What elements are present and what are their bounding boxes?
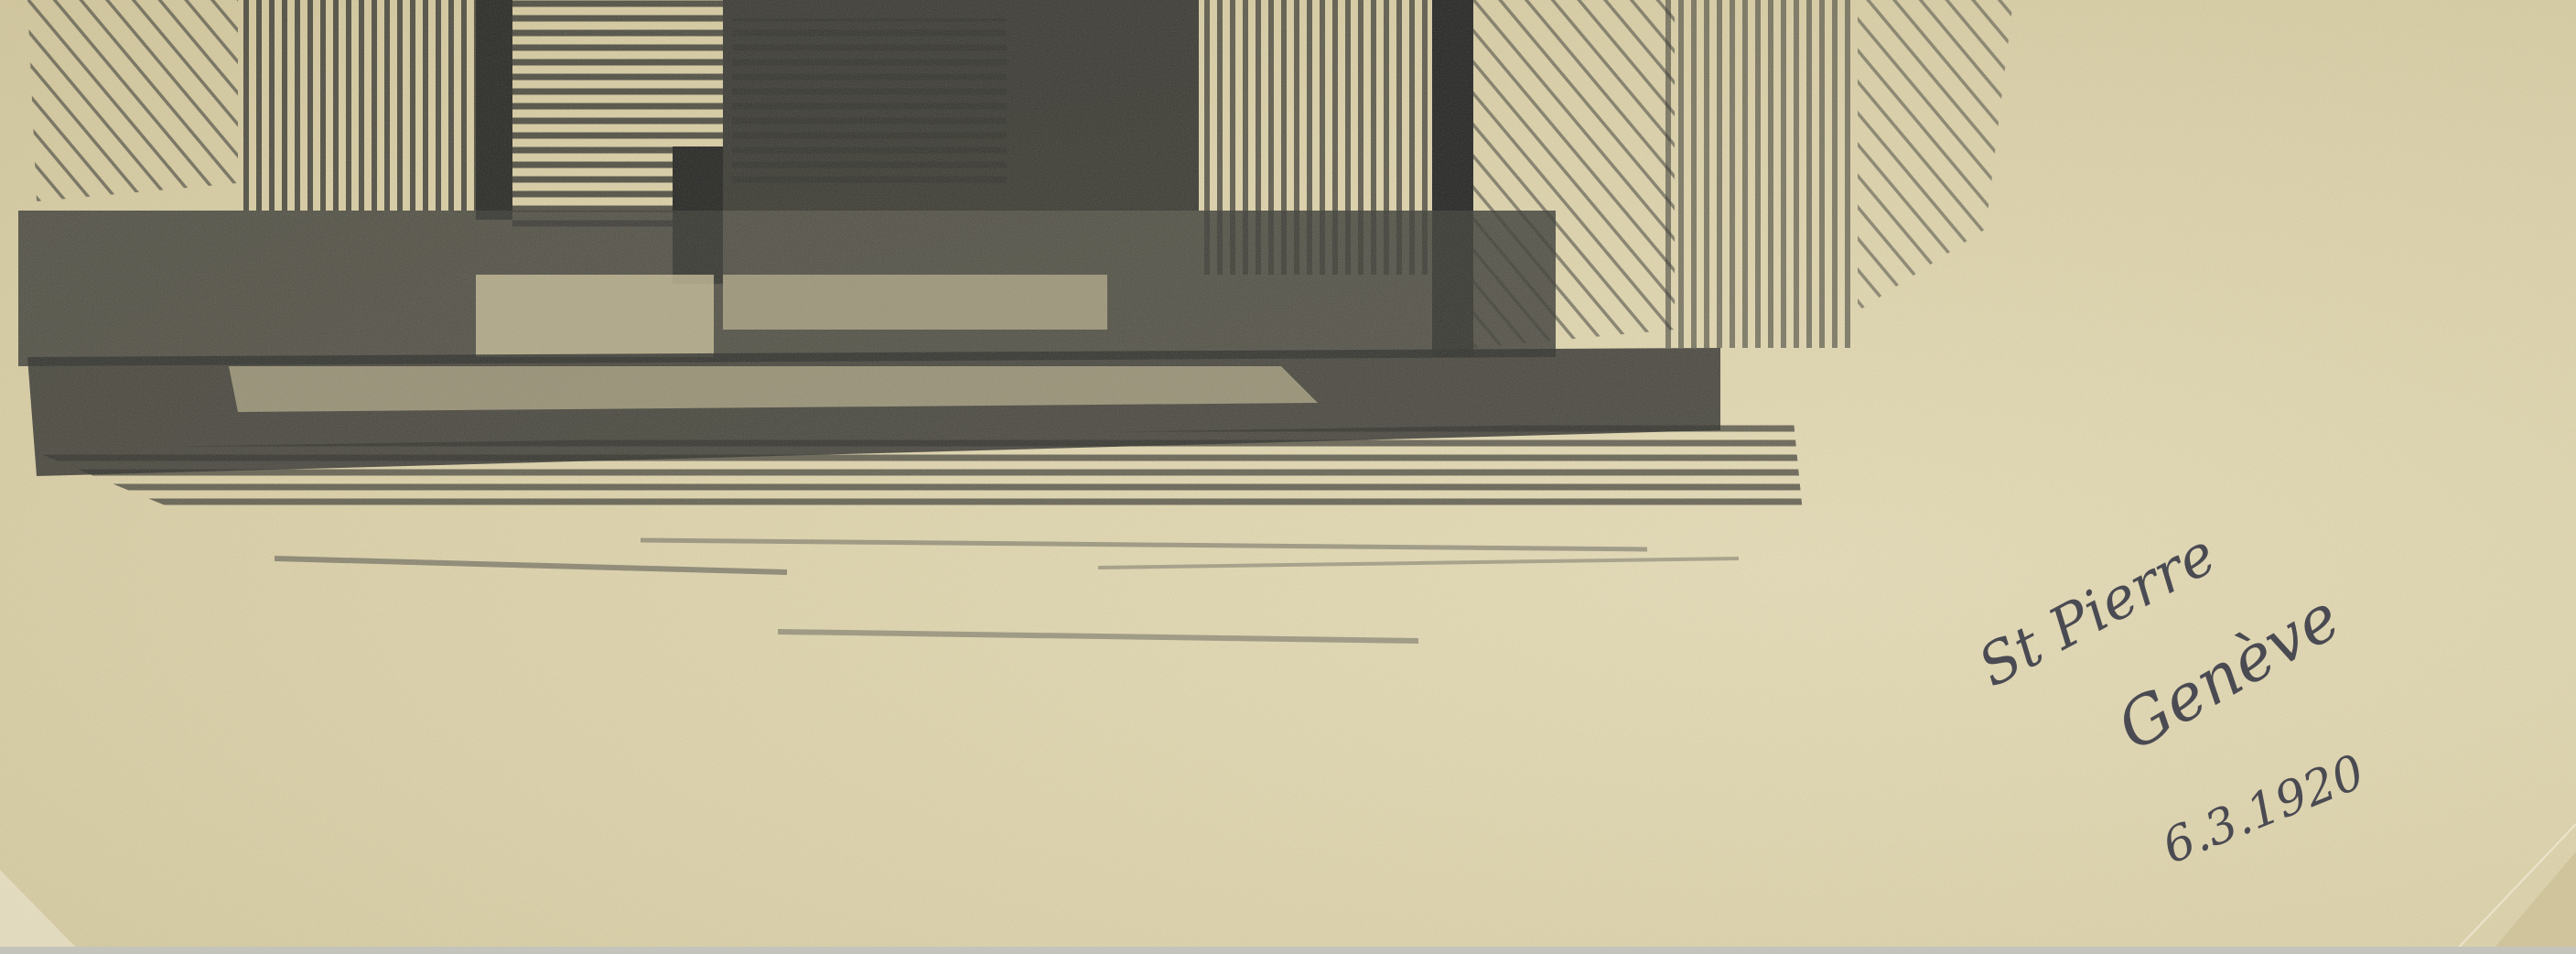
drawing-paper: St Pierre Genève 6.3.1920: [0, 0, 2576, 954]
mount-edge: [0, 947, 2576, 954]
